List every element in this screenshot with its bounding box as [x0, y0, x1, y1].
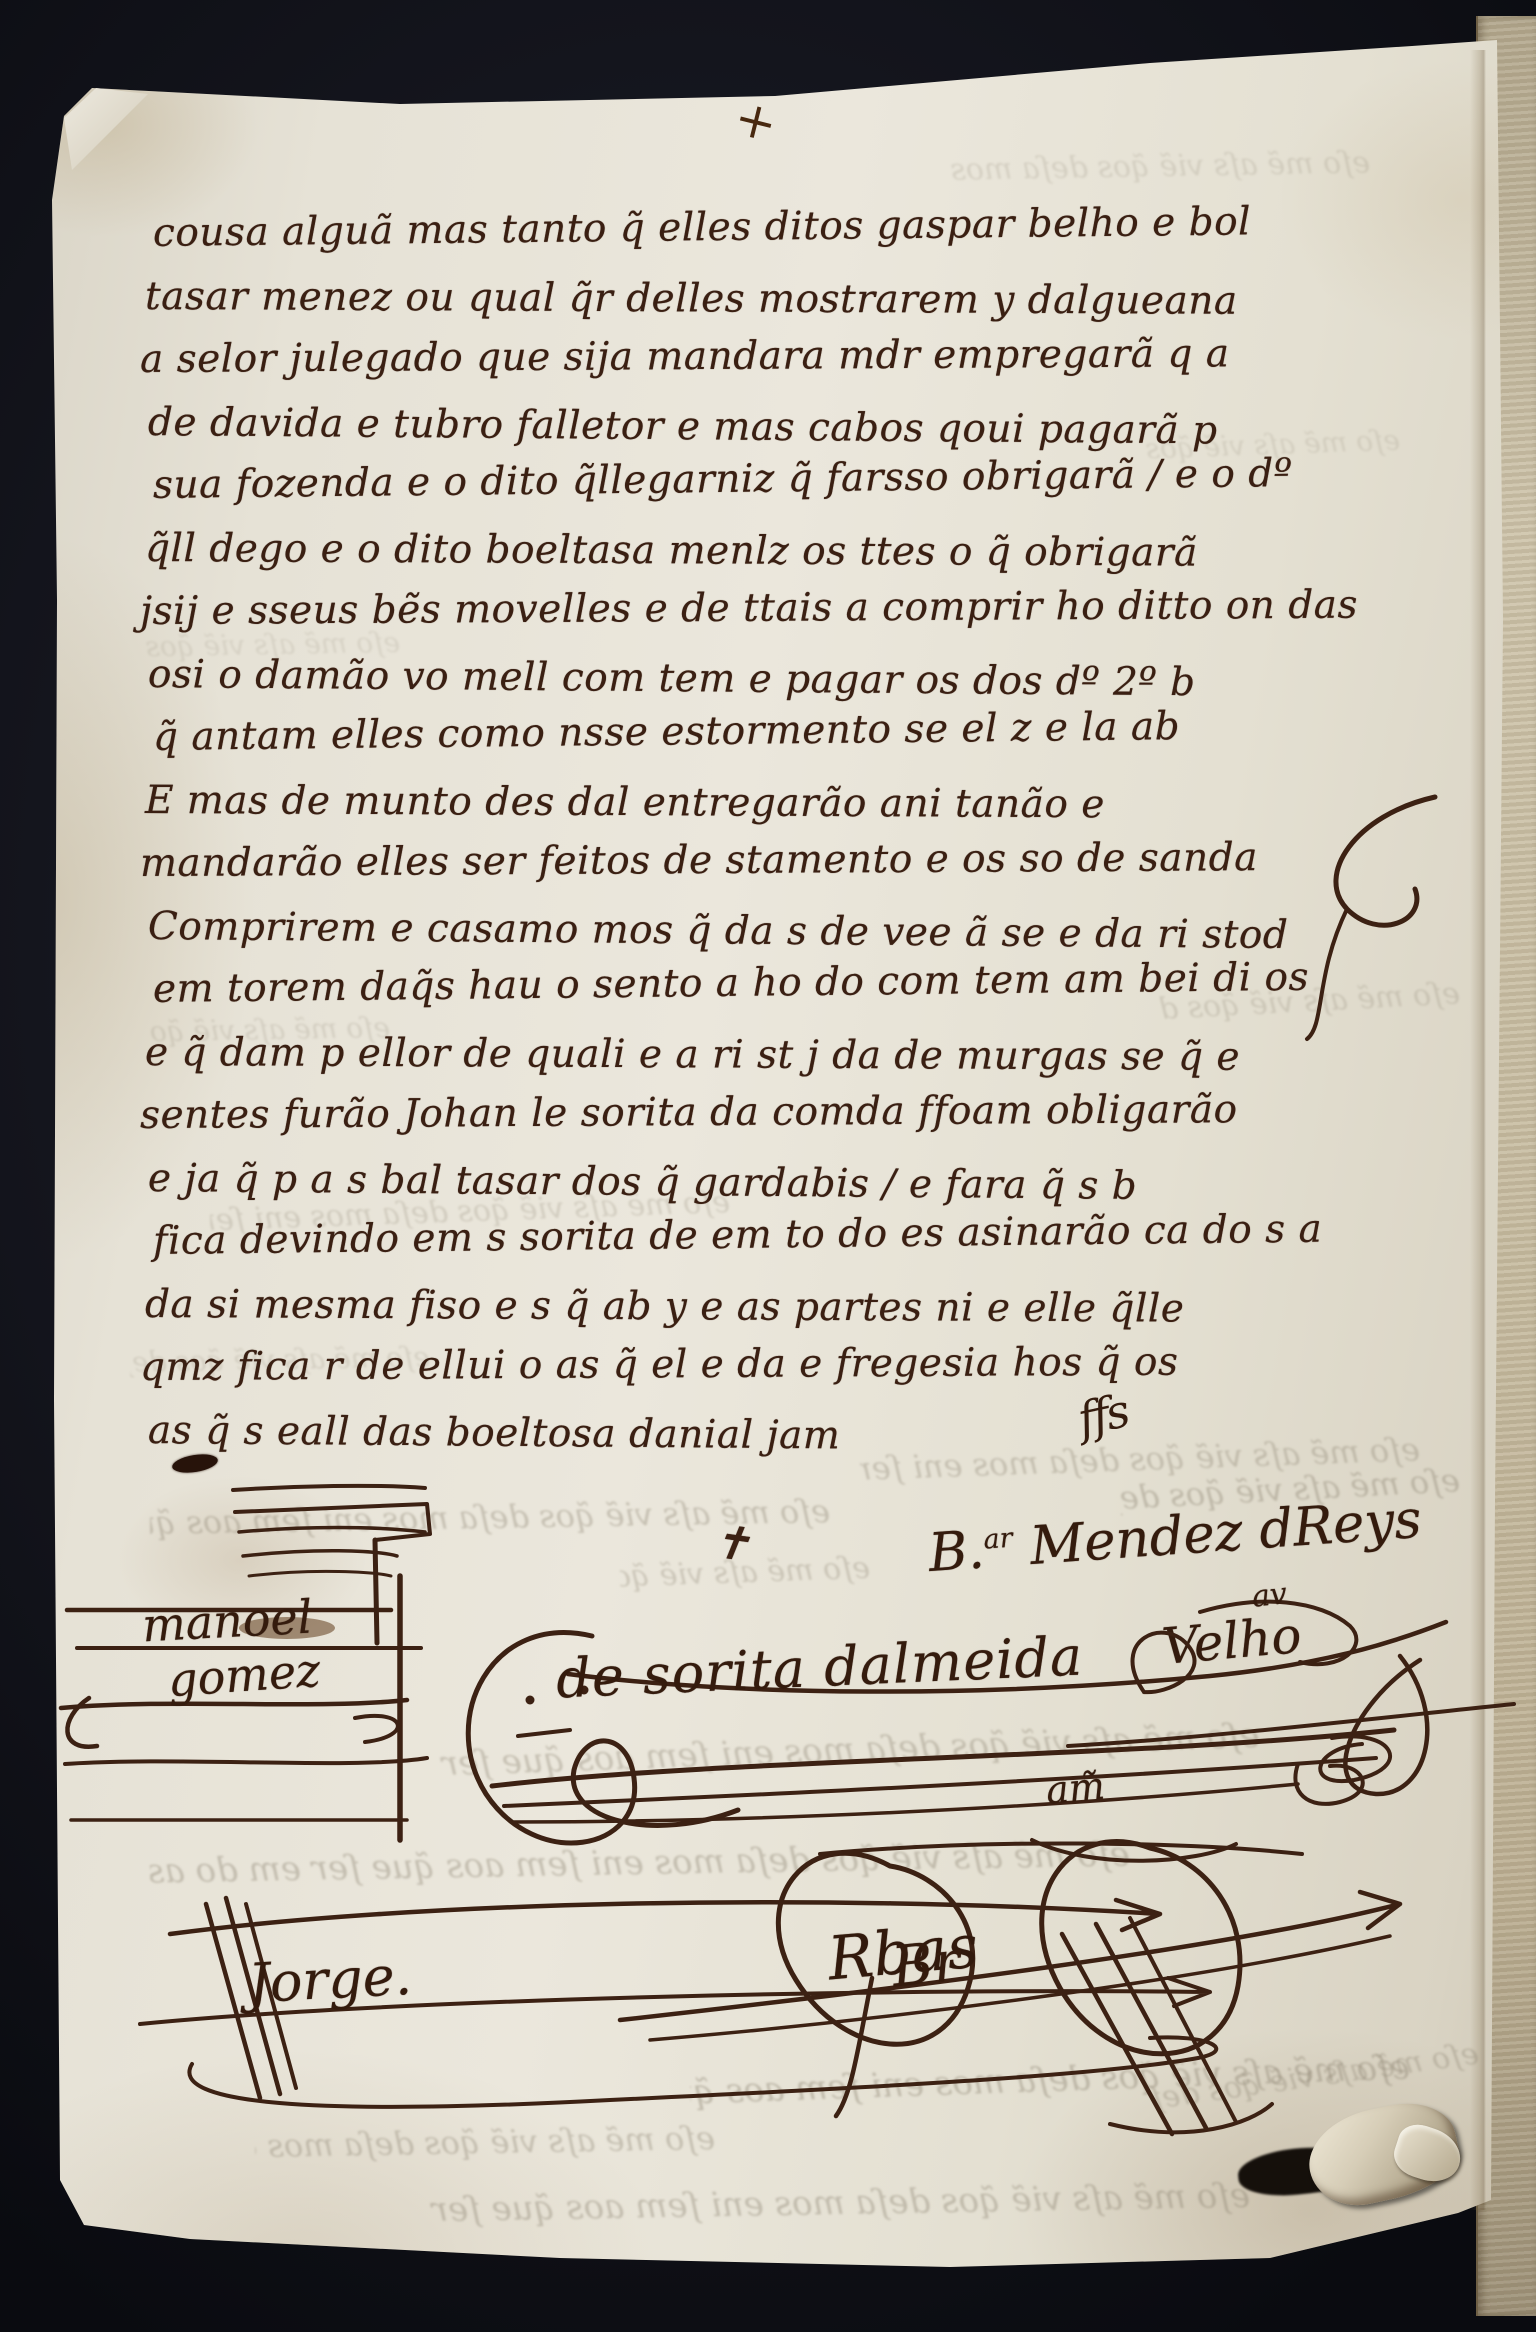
manuscript-line: sentes furão Johan le sorita da comda ff… — [140, 1077, 1440, 1147]
signature-sorita-tail: am̃ — [1044, 1764, 1106, 1813]
signature-mendez-name: Mendez dReys — [1011, 1489, 1423, 1578]
mendez-cross-mark: ✝ — [708, 1514, 754, 1573]
manuscript-line: as q̃ s eall das boeltosa danial jam — [148, 1399, 1448, 1472]
manuscript-line: fica devindo em s sorita de em to do es … — [153, 1196, 1454, 1273]
signature-gomez-line1: manoel — [141, 1590, 314, 1653]
manuscript-line: jsij e sseus bẽs movelles e de ttais a c… — [140, 573, 1440, 643]
manuscript-line: q̃ antam elles como nsse estormento se e… — [153, 692, 1454, 769]
manuscript-line: sua fozenda e o dito q̃llegarniz q̃ fars… — [153, 440, 1454, 517]
manuscript-line: a selor julegado que sija mandara mdr em… — [140, 321, 1440, 391]
signature-jorge: Jorge. — [246, 1944, 413, 2015]
manuscript-photo: eſo mẽ aſs viẽ q̃os deſa mos eni ſem aos… — [0, 0, 1536, 2332]
signature-mendez-superscript: ar — [983, 1523, 1014, 1556]
signature-gomez-line2: gomez — [166, 1643, 322, 1707]
signature-mendez-initial: B. — [926, 1519, 986, 1584]
margin-swash — [1295, 785, 1455, 1045]
end-paraph: ffs — [1073, 1384, 1132, 1447]
signature-mendez: B.ar Mendez dReys — [926, 1489, 1423, 1584]
ink-layer: + cousa alguã mas tanto q̃ elles ditos g… — [0, 0, 1536, 2332]
signature-jorge-initials: Br — [889, 1929, 963, 2001]
invocation-cross-mark: + — [729, 88, 784, 154]
manuscript-lines: cousa alguã mas tanto q̃ elles ditos gas… — [145, 202, 1445, 1462]
manuscript-line: qmz fica r de ellui o as q̃ el e da e fr… — [140, 1329, 1440, 1399]
jorge-strikethrough-flourish — [110, 1872, 1250, 2162]
manuscript-line: mandarão elles ser feitos de stamento e … — [140, 825, 1440, 895]
manuscript-line: cousa alguã mas tanto q̃ elles ditos gas… — [153, 188, 1454, 265]
manuscript-line: em torem daq̃s hau o sento a ho do com t… — [153, 944, 1454, 1021]
